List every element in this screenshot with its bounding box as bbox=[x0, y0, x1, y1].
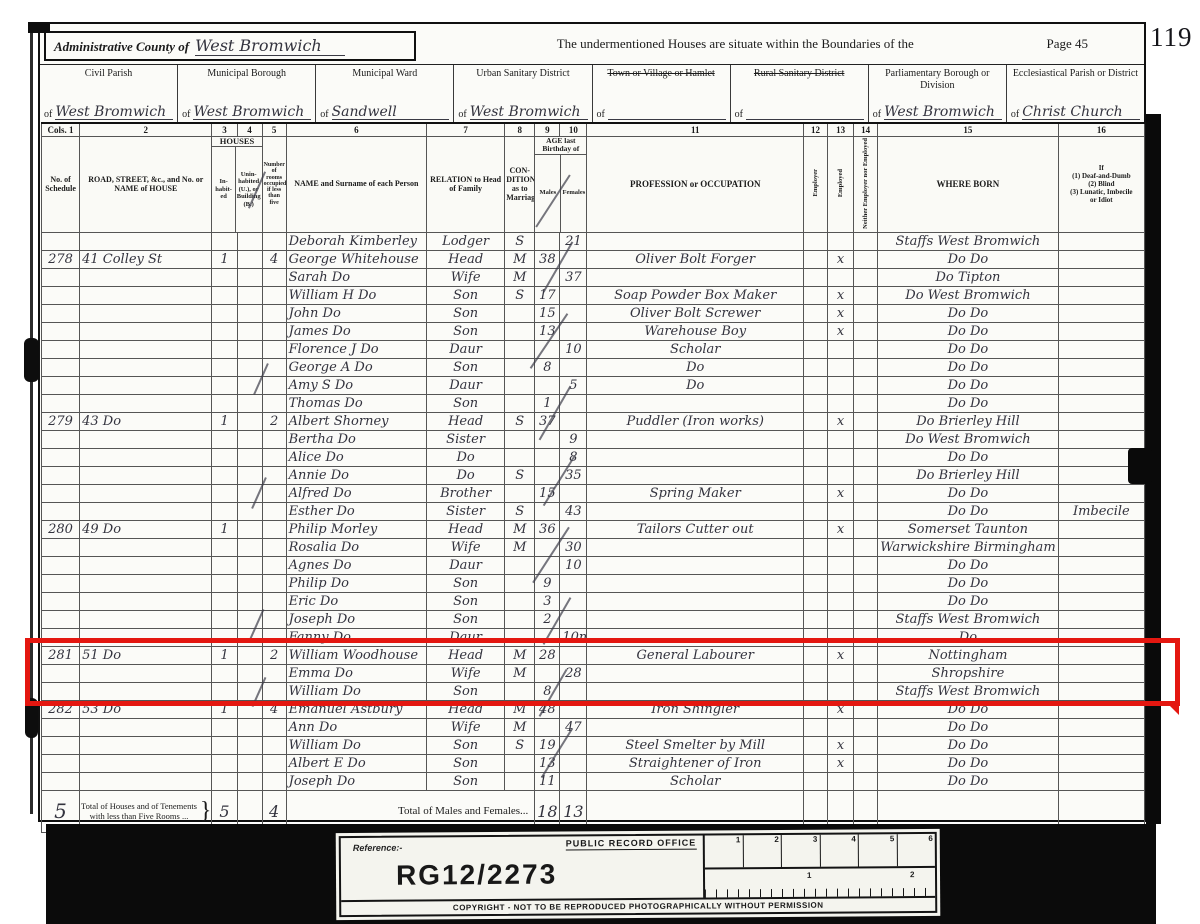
cell-relation: Head bbox=[427, 700, 505, 718]
cell-address bbox=[80, 664, 212, 682]
cell-employer bbox=[804, 610, 828, 628]
cell-relation: Head bbox=[427, 520, 505, 538]
cell-uninhabited bbox=[237, 394, 262, 412]
cell-age_female bbox=[560, 700, 587, 718]
cell-employed: x bbox=[828, 286, 854, 304]
cell-rooms bbox=[262, 628, 286, 646]
cell-name: Deborah Kimberley bbox=[286, 232, 426, 250]
cell-rooms bbox=[262, 340, 286, 358]
cell-neither bbox=[854, 664, 878, 682]
cell-uninhabited bbox=[237, 520, 262, 538]
cell-employer bbox=[804, 268, 828, 286]
cell-occupation bbox=[587, 718, 804, 736]
cell-uninhabited bbox=[237, 718, 262, 736]
cell-address bbox=[80, 682, 212, 700]
cell-condition bbox=[505, 772, 535, 790]
cell-condition bbox=[505, 340, 535, 358]
cell-name: Joseph Do bbox=[286, 610, 426, 628]
cell-employed: x bbox=[828, 736, 854, 754]
cell-infirmity bbox=[1058, 556, 1144, 574]
header-condition: CON-DITION as to Marriage bbox=[505, 136, 535, 232]
cell-uninhabited bbox=[237, 322, 262, 340]
cell-where_born: Staffs West Bromwich bbox=[878, 232, 1058, 250]
cell-schedule bbox=[42, 736, 80, 754]
cell-infirmity bbox=[1058, 520, 1144, 538]
cell-employed bbox=[828, 430, 854, 448]
cell-neither bbox=[854, 556, 878, 574]
cell-uninhabited bbox=[237, 538, 262, 556]
cell-schedule bbox=[42, 304, 80, 322]
cell-employer bbox=[804, 376, 828, 394]
cell-schedule bbox=[42, 772, 80, 790]
cell-age_female bbox=[560, 772, 587, 790]
cell-occupation bbox=[587, 232, 804, 250]
ink-blob bbox=[28, 22, 50, 33]
cell-uninhabited bbox=[237, 232, 262, 250]
cell-inhabited: 1 bbox=[212, 520, 237, 538]
cell-condition bbox=[505, 376, 535, 394]
cell-occupation: Steel Smelter by Mill bbox=[587, 736, 804, 754]
cell-neither bbox=[854, 682, 878, 700]
cell-occupation: Do bbox=[587, 376, 804, 394]
cell-neither bbox=[854, 772, 878, 790]
census-table: Cols. 12 34 56 78 910 1112 1314 1516 No.… bbox=[41, 122, 1145, 833]
cell-inhabited bbox=[212, 772, 237, 790]
cell-name: Agnes Do bbox=[286, 556, 426, 574]
cell-address bbox=[80, 358, 212, 376]
cell-employer bbox=[804, 394, 828, 412]
cell-relation: Son bbox=[427, 358, 505, 376]
table-row: Fanny DoDaur10mDo bbox=[42, 628, 1145, 646]
cell-address bbox=[80, 772, 212, 790]
boundary-text: The undermentioned Houses are situate wi… bbox=[416, 36, 1046, 52]
cell-relation: Son bbox=[427, 754, 505, 772]
cell-infirmity bbox=[1058, 574, 1144, 592]
cell-condition bbox=[505, 592, 535, 610]
cell-age_female: 37 bbox=[560, 268, 587, 286]
cell-condition bbox=[505, 394, 535, 412]
header-infirmity: If (1) Deaf-and-Dumb (2) Blind (3) Lunat… bbox=[1058, 136, 1144, 232]
cell-employed: x bbox=[828, 520, 854, 538]
cell-infirmity bbox=[1058, 304, 1144, 322]
cell-address bbox=[80, 376, 212, 394]
cell-where_born: Shropshire bbox=[878, 664, 1058, 682]
cell-address: 43 Do bbox=[80, 412, 212, 430]
cell-employed bbox=[828, 682, 854, 700]
cell-age_female: 47 bbox=[560, 718, 587, 736]
cell-relation: Son bbox=[427, 772, 505, 790]
cell-schedule bbox=[42, 286, 80, 304]
cell-employed bbox=[828, 466, 854, 484]
cell-where_born: Do bbox=[878, 628, 1058, 646]
cell-relation: Sister bbox=[427, 430, 505, 448]
cell-infirmity bbox=[1058, 664, 1144, 682]
table-row: Rosalia DoWifeM30Warwickshire Birmingham bbox=[42, 538, 1145, 556]
cell-condition bbox=[505, 628, 535, 646]
cell-infirmity bbox=[1058, 484, 1144, 502]
cell-address bbox=[80, 502, 212, 520]
cell-neither bbox=[854, 538, 878, 556]
cell-infirmity bbox=[1058, 286, 1144, 304]
cell-employer bbox=[804, 466, 828, 484]
cell-where_born: Do Do bbox=[878, 250, 1058, 268]
cell-employed: x bbox=[828, 754, 854, 772]
cell-inhabited bbox=[212, 592, 237, 610]
district-parliamentary: Parliamentary Borough or Division ofWest… bbox=[869, 65, 1007, 122]
cell-neither bbox=[854, 340, 878, 358]
cell-neither bbox=[854, 736, 878, 754]
cell-schedule bbox=[42, 466, 80, 484]
admin-county-value: West Bromwich bbox=[195, 36, 345, 56]
cell-infirmity bbox=[1058, 376, 1144, 394]
table-row: Bertha DoSister9Do West Bromwich bbox=[42, 430, 1145, 448]
cell-inhabited bbox=[212, 718, 237, 736]
cell-schedule bbox=[42, 448, 80, 466]
district-urban-sanitary: Urban Sanitary District ofWest Bromwich bbox=[454, 65, 592, 122]
cell-infirmity bbox=[1058, 646, 1144, 664]
cell-where_born: Do Do bbox=[878, 304, 1058, 322]
table-row: Agnes DoDaur10Do Do bbox=[42, 556, 1145, 574]
cell-employer bbox=[804, 430, 828, 448]
cell-age_female: 30 bbox=[560, 538, 587, 556]
cell-condition bbox=[505, 430, 535, 448]
table-row: Albert E DoSon13Straightener of IronxDo … bbox=[42, 754, 1145, 772]
cell-age_female bbox=[560, 682, 587, 700]
cell-rooms bbox=[262, 682, 286, 700]
district-town-village: Town or Village or Hamlet of bbox=[593, 65, 731, 122]
cell-employer bbox=[804, 664, 828, 682]
cell-condition: S bbox=[505, 736, 535, 754]
cell-where_born: Do Do bbox=[878, 754, 1058, 772]
table-row: Emma DoWifeM28Shropshire bbox=[42, 664, 1145, 682]
cell-age_male: 3 bbox=[535, 592, 560, 610]
table-row: 28151 Do12William WoodhouseHeadM28Genera… bbox=[42, 646, 1145, 664]
cell-infirmity: Imbecile bbox=[1058, 502, 1144, 520]
cell-relation: Head bbox=[427, 412, 505, 430]
cell-name: William H Do bbox=[286, 286, 426, 304]
cell-infirmity bbox=[1058, 538, 1144, 556]
cell-infirmity bbox=[1058, 268, 1144, 286]
cell-age_female: 10m bbox=[560, 628, 587, 646]
cell-schedule bbox=[42, 394, 80, 412]
cell-relation: Daur bbox=[427, 340, 505, 358]
cell-age_male: 11 bbox=[535, 772, 560, 790]
cell-employer bbox=[804, 736, 828, 754]
cell-inhabited bbox=[212, 502, 237, 520]
cell-where_born: Do Do bbox=[878, 574, 1058, 592]
cell-schedule: 278 bbox=[42, 250, 80, 268]
cell-address: 41 Colley St bbox=[80, 250, 212, 268]
cell-rooms bbox=[262, 376, 286, 394]
cell-employer bbox=[804, 682, 828, 700]
cell-occupation: Tailors Cutter out bbox=[587, 520, 804, 538]
cell-relation: Do bbox=[427, 466, 505, 484]
cell-name: Philip Morley bbox=[286, 520, 426, 538]
cell-employed bbox=[828, 556, 854, 574]
cell-rooms: 2 bbox=[262, 646, 286, 664]
cell-rooms bbox=[262, 556, 286, 574]
reference-value: RG12/2273 bbox=[396, 859, 557, 892]
cell-relation: Wife bbox=[427, 664, 505, 682]
cell-employer bbox=[804, 304, 828, 322]
cell-relation: Wife bbox=[427, 538, 505, 556]
cell-neither bbox=[854, 304, 878, 322]
cell-occupation bbox=[587, 664, 804, 682]
cell-infirmity bbox=[1058, 412, 1144, 430]
cell-schedule bbox=[42, 610, 80, 628]
cell-occupation: Oliver Bolt Forger bbox=[587, 250, 804, 268]
cell-neither bbox=[854, 484, 878, 502]
cell-name: Emanuel Astbury bbox=[286, 700, 426, 718]
cell-relation: Wife bbox=[427, 718, 505, 736]
district-municipal-borough: Municipal Borough ofWest Bromwich bbox=[178, 65, 316, 122]
header-schedule: No. of Schedule bbox=[42, 136, 80, 232]
cell-condition bbox=[505, 682, 535, 700]
cell-condition: M bbox=[505, 664, 535, 682]
cell-rooms bbox=[262, 574, 286, 592]
cell-neither bbox=[854, 520, 878, 538]
cell-schedule: 279 bbox=[42, 412, 80, 430]
cell-inhabited: 1 bbox=[212, 250, 237, 268]
cell-inhabited bbox=[212, 664, 237, 682]
cell-where_born: Do Do bbox=[878, 592, 1058, 610]
district-civil-parish: Civil Parish ofWest Bromwich bbox=[40, 65, 178, 122]
cell-address: 49 Do bbox=[80, 520, 212, 538]
cell-condition bbox=[505, 754, 535, 772]
cell-condition: S bbox=[505, 502, 535, 520]
table-row: William DoSonS19Steel Smelter by MillxDo… bbox=[42, 736, 1145, 754]
table-row: John DoSon15Oliver Bolt ScrewerxDo Do bbox=[42, 304, 1145, 322]
cell-condition: S bbox=[505, 286, 535, 304]
cell-age_male bbox=[535, 718, 560, 736]
cell-schedule bbox=[42, 484, 80, 502]
film-frame-number: 119 bbox=[1150, 22, 1193, 53]
cell-infirmity bbox=[1058, 430, 1144, 448]
cell-schedule: 280 bbox=[42, 520, 80, 538]
cell-name: Sarah Do bbox=[286, 268, 426, 286]
cell-name: Eric Do bbox=[286, 592, 426, 610]
cell-employer bbox=[804, 592, 828, 610]
cell-uninhabited bbox=[237, 358, 262, 376]
cell-relation: Head bbox=[427, 646, 505, 664]
cell-name: Albert Shorney bbox=[286, 412, 426, 430]
ink-blob bbox=[1128, 448, 1152, 484]
cell-inhabited bbox=[212, 376, 237, 394]
cell-employed: x bbox=[828, 484, 854, 502]
cell-occupation: Do bbox=[587, 358, 804, 376]
cell-address bbox=[80, 538, 212, 556]
cell-uninhabited bbox=[237, 754, 262, 772]
cell-infirmity bbox=[1058, 340, 1144, 358]
cell-name: Joseph Do bbox=[286, 772, 426, 790]
cell-uninhabited bbox=[237, 304, 262, 322]
cell-employer bbox=[804, 502, 828, 520]
cell-relation: Son bbox=[427, 610, 505, 628]
cell-where_born: Warwickshire Birmingham bbox=[878, 538, 1058, 556]
cell-inhabited bbox=[212, 448, 237, 466]
cell-where_born: Do Brierley Hill bbox=[878, 466, 1058, 484]
cell-employed: x bbox=[828, 304, 854, 322]
column-numbers-row: Cols. 12 34 56 78 910 1112 1314 1516 bbox=[42, 123, 1145, 136]
admin-county-box: Administrative County of West Bromwich bbox=[44, 31, 416, 61]
cell-where_born: Do Do bbox=[878, 340, 1058, 358]
cell-occupation bbox=[587, 538, 804, 556]
table-row: Joseph DoSon2Staffs West Bromwich bbox=[42, 610, 1145, 628]
cell-employed bbox=[828, 574, 854, 592]
cell-where_born: Staffs West Bromwich bbox=[878, 610, 1058, 628]
cell-rooms bbox=[262, 484, 286, 502]
table-row: Deborah KimberleyLodgerS21Staffs West Br… bbox=[42, 232, 1145, 250]
cell-address bbox=[80, 556, 212, 574]
cell-rooms bbox=[262, 286, 286, 304]
cell-neither bbox=[854, 358, 878, 376]
cell-relation: Lodger bbox=[427, 232, 505, 250]
cell-rooms bbox=[262, 268, 286, 286]
cell-age_male: 28 bbox=[535, 646, 560, 664]
cell-relation: Son bbox=[427, 574, 505, 592]
cell-occupation: Puddler (Iron works) bbox=[587, 412, 804, 430]
table-row: 28049 Do1Philip MorleyHeadM36Tailors Cut… bbox=[42, 520, 1145, 538]
cell-name: Emma Do bbox=[286, 664, 426, 682]
cell-condition: M bbox=[505, 718, 535, 736]
cell-schedule bbox=[42, 358, 80, 376]
cell-employer bbox=[804, 772, 828, 790]
cell-age_female: 21 bbox=[560, 232, 587, 250]
cell-occupation: Scholar bbox=[587, 772, 804, 790]
cell-uninhabited bbox=[237, 268, 262, 286]
district-municipal-ward: Municipal Ward ofSandwell bbox=[316, 65, 454, 122]
cell-schedule bbox=[42, 322, 80, 340]
cell-inhabited bbox=[212, 286, 237, 304]
cell-relation: Son bbox=[427, 286, 505, 304]
cell-rooms bbox=[262, 232, 286, 250]
public-record-office-label: PUBLIC RECORD OFFICE bbox=[566, 838, 697, 851]
cell-name: George A Do bbox=[286, 358, 426, 376]
cell-rooms bbox=[262, 502, 286, 520]
cell-infirmity bbox=[1058, 592, 1144, 610]
cell-infirmity bbox=[1058, 682, 1144, 700]
cell-address bbox=[80, 466, 212, 484]
cell-address bbox=[80, 628, 212, 646]
cell-where_born: Staffs West Bromwich bbox=[878, 682, 1058, 700]
cell-neither bbox=[854, 592, 878, 610]
cell-condition bbox=[505, 610, 535, 628]
cell-condition: S bbox=[505, 466, 535, 484]
table-row: Esther DoSisterS43Do DoImbecile bbox=[42, 502, 1145, 520]
cell-name: Florence J Do bbox=[286, 340, 426, 358]
cell-uninhabited bbox=[237, 412, 262, 430]
cell-condition: M bbox=[505, 520, 535, 538]
cell-occupation bbox=[587, 628, 804, 646]
cell-age_female: 10 bbox=[560, 340, 587, 358]
cell-name: William Do bbox=[286, 682, 426, 700]
cell-uninhabited bbox=[237, 502, 262, 520]
cell-inhabited bbox=[212, 322, 237, 340]
cell-occupation: General Labourer bbox=[587, 646, 804, 664]
table-row: Thomas DoSon1Do Do bbox=[42, 394, 1145, 412]
cell-inhabited bbox=[212, 484, 237, 502]
cell-name: Rosalia Do bbox=[286, 538, 426, 556]
cell-name: William Woodhouse bbox=[286, 646, 426, 664]
cell-employer bbox=[804, 340, 828, 358]
cell-employed: x bbox=[828, 322, 854, 340]
cell-employer bbox=[804, 754, 828, 772]
cell-age_female: 9 bbox=[560, 430, 587, 448]
cell-address bbox=[80, 754, 212, 772]
table-row: Philip DoSon9Do Do bbox=[42, 574, 1145, 592]
cell-infirmity bbox=[1058, 736, 1144, 754]
admin-county-label: Administrative County of bbox=[54, 39, 189, 55]
cell-age_female bbox=[560, 358, 587, 376]
cell-name: Alice Do bbox=[286, 448, 426, 466]
header-where-born: WHERE BORN bbox=[878, 136, 1058, 232]
cell-uninhabited bbox=[237, 664, 262, 682]
cell-inhabited bbox=[212, 538, 237, 556]
cell-uninhabited bbox=[237, 556, 262, 574]
cell-name: George Whitehouse bbox=[286, 250, 426, 268]
cell-rooms: 2 bbox=[262, 412, 286, 430]
district-rural-sanitary: Rural Sanitary District of bbox=[731, 65, 869, 122]
cell-employed bbox=[828, 232, 854, 250]
cell-employed bbox=[828, 340, 854, 358]
cell-infirmity bbox=[1058, 232, 1144, 250]
cell-occupation bbox=[587, 502, 804, 520]
cell-rooms bbox=[262, 430, 286, 448]
cell-employer bbox=[804, 448, 828, 466]
cell-rooms bbox=[262, 304, 286, 322]
ink-blob bbox=[24, 338, 39, 382]
cell-condition bbox=[505, 304, 535, 322]
cell-neither bbox=[854, 574, 878, 592]
cell-uninhabited bbox=[237, 592, 262, 610]
cell-neither bbox=[854, 466, 878, 484]
cell-employed bbox=[828, 376, 854, 394]
film-band: Reference:- RG12/2273 PUBLIC RECORD OFFI… bbox=[46, 824, 1156, 924]
cell-rooms bbox=[262, 754, 286, 772]
cell-inhabited bbox=[212, 556, 237, 574]
table-row: Florence J DoDaur10ScholarDo Do bbox=[42, 340, 1145, 358]
cell-schedule bbox=[42, 268, 80, 286]
cell-where_born: Do Tipton bbox=[878, 268, 1058, 286]
cell-relation: Son bbox=[427, 304, 505, 322]
cell-neither bbox=[854, 448, 878, 466]
cell-condition: M bbox=[505, 646, 535, 664]
cell-where_born: Do Do bbox=[878, 700, 1058, 718]
cell-age_male bbox=[535, 448, 560, 466]
cell-employed bbox=[828, 502, 854, 520]
cell-rooms bbox=[262, 610, 286, 628]
cell-address bbox=[80, 232, 212, 250]
cell-condition bbox=[505, 484, 535, 502]
cell-relation: Do bbox=[427, 448, 505, 466]
table-row: William DoSon8Staffs West Bromwich bbox=[42, 682, 1145, 700]
cell-address bbox=[80, 574, 212, 592]
cell-name: James Do bbox=[286, 322, 426, 340]
cell-rooms bbox=[262, 394, 286, 412]
cell-inhabited bbox=[212, 754, 237, 772]
cell-uninhabited bbox=[237, 466, 262, 484]
cell-employed bbox=[828, 268, 854, 286]
cell-inhabited bbox=[212, 430, 237, 448]
cell-employer bbox=[804, 538, 828, 556]
cell-occupation: Straightener of Iron bbox=[587, 754, 804, 772]
cell-where_born: Do Do bbox=[878, 448, 1058, 466]
stamp-ruler: 1 2 3 4 5 6 1 2 bbox=[703, 834, 935, 898]
cell-employed: x bbox=[828, 412, 854, 430]
table-row: Joseph DoSon11ScholarDo Do bbox=[42, 772, 1145, 790]
cell-name: Alfred Do bbox=[286, 484, 426, 502]
header-houses: HOUSES In-habit-ed Unin-habited (U.), or… bbox=[212, 136, 262, 232]
